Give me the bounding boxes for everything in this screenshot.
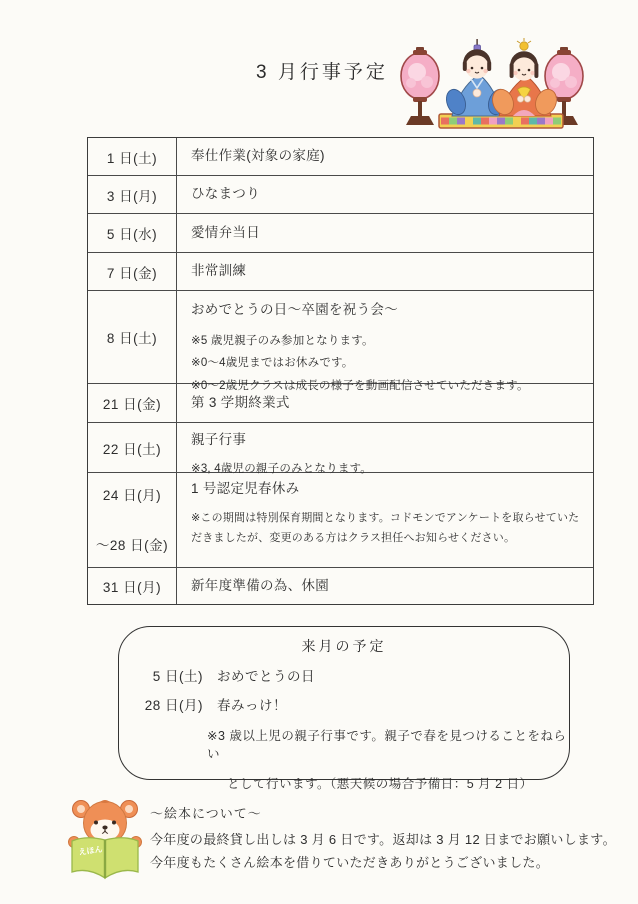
date-cell: 5 日(水) bbox=[88, 214, 177, 252]
table-row: 31 日(月) 新年度準備の為、休園 bbox=[88, 567, 593, 604]
next-month-box: 来月の予定 5 日(土) おめでとうの日 28 日(月) 春みっけ！ ※3 歳以… bbox=[118, 626, 570, 780]
next-month-item: 5 日(土) おめでとうの日 bbox=[143, 665, 569, 685]
event-cell: おめでとうの日～卒園を祝う会～ ※5 歳児親子のみ参加となります。 ※0～4歳児… bbox=[177, 291, 593, 383]
next-month-date: 28 日(月) bbox=[143, 694, 203, 714]
picture-book-section: ～絵本について～ 今年度の最終貸し出しは 3 月 6 日です。返却は 3 月 1… bbox=[150, 803, 616, 875]
next-month-title: 来月の予定 bbox=[119, 636, 569, 656]
date-cell: 7 日(金) bbox=[88, 253, 177, 290]
event-cell: ひなまつり bbox=[177, 176, 593, 213]
picture-book-icon: えほん bbox=[72, 838, 138, 878]
event-cell: 新年度準備の為、休園 bbox=[177, 568, 593, 604]
date-cell: 21 日(金) bbox=[88, 384, 177, 422]
next-month-note: として行います。（悪天候の場合予備日：5 月 2 日） bbox=[227, 774, 569, 792]
table-row: 8 日(土) おめでとうの日～卒園を祝う会～ ※5 歳児親子のみ参加となります。… bbox=[88, 290, 593, 383]
bear-reading-book-illustration: えほん bbox=[64, 796, 146, 888]
event-text: 親子行事 bbox=[191, 432, 585, 449]
date-cell: 1 日(土) bbox=[88, 138, 177, 175]
event-text: 奉仕作業(対象の家庭) bbox=[191, 148, 585, 165]
table-row: 24 日(月) ～28 日(金) 1 号認定児春休み ※この期間は特別保育期間と… bbox=[88, 472, 593, 567]
event-text: 愛情弁当日 bbox=[191, 225, 585, 242]
date-cell: 8 日(土) bbox=[88, 291, 177, 383]
table-row: 3 日(月) ひなまつり bbox=[88, 175, 593, 213]
event-cell: 1 号認定児春休み ※この期間は特別保育期間となります。コドモンでアンケートを取… bbox=[177, 473, 593, 567]
event-note: ※この期間は特別保育期間となります。コドモンでアンケートを取らせていただきました… bbox=[191, 509, 585, 549]
date-cell: 31 日(月) bbox=[88, 568, 177, 604]
event-cell: 親子行事 ※3, 4歳児の親子のみとなります。 bbox=[177, 423, 593, 472]
event-cell: 非常訓練 bbox=[177, 253, 593, 290]
next-month-event: おめでとうの日 bbox=[217, 665, 315, 685]
next-month-note: ※3 歳以上児の親子行事です。親子で春を見つけることをねらい bbox=[207, 726, 569, 762]
next-month-item: 28 日(月) 春みっけ！ bbox=[143, 694, 569, 714]
event-text: 1 号認定児春休み bbox=[191, 481, 585, 498]
date-cell: 24 日(月) ～28 日(金) bbox=[88, 473, 177, 567]
picture-book-heading: ～絵本について～ bbox=[150, 803, 616, 822]
event-text: 非常訓練 bbox=[191, 263, 585, 280]
table-row: 7 日(金) 非常訓練 bbox=[88, 252, 593, 290]
event-cell: 奉仕作業(対象の家庭) bbox=[177, 138, 593, 175]
event-text: 第 3 学期終業式 bbox=[191, 395, 585, 412]
date-cell: 3 日(月) bbox=[88, 176, 177, 213]
date-cell: 22 日(土) bbox=[88, 423, 177, 472]
event-cell: 第 3 学期終業式 bbox=[177, 384, 593, 422]
table-row: 21 日(金) 第 3 学期終業式 bbox=[88, 383, 593, 422]
event-cell: 愛情弁当日 bbox=[177, 214, 593, 252]
next-month-date: 5 日(土) bbox=[143, 665, 203, 685]
event-text: 新年度準備の為、休園 bbox=[191, 578, 585, 595]
event-note: ※0～4歳児まではお休みです。 bbox=[191, 352, 585, 374]
event-text: おめでとうの日～卒園を祝う会～ bbox=[191, 302, 585, 319]
next-month-event: 春みっけ！ bbox=[217, 694, 287, 714]
schedule-table: 1 日(土) 奉仕作業(対象の家庭) 3 日(月) ひなまつり 5 日(水) 愛… bbox=[87, 137, 594, 605]
table-row: 5 日(水) 愛情弁当日 bbox=[88, 213, 593, 252]
table-row: 1 日(土) 奉仕作業(対象の家庭) bbox=[88, 138, 593, 175]
table-row: 22 日(土) 親子行事 ※3, 4歳児の親子のみとなります。 bbox=[88, 422, 593, 472]
event-note: ※5 歳児親子のみ参加となります。 bbox=[191, 330, 585, 352]
hina-dolls-illustration bbox=[393, 38, 591, 133]
picture-book-line: 今年度もたくさん絵本を借りていただきありがとうございました。 bbox=[150, 852, 616, 875]
picture-book-line: 今年度の最終貸し出しは 3 月 6 日です。返却は 3 月 12 日までお願いし… bbox=[150, 829, 616, 852]
date-range-start: 24 日(月) bbox=[103, 484, 161, 504]
page-title: 3 月行事予定 bbox=[256, 57, 388, 84]
document-page: 3 月行事予定 bbox=[0, 0, 638, 904]
bonbori-lantern-left-icon bbox=[401, 47, 439, 125]
event-text: ひなまつり bbox=[191, 186, 585, 203]
date-range-end: ～28 日(金) bbox=[96, 534, 168, 554]
